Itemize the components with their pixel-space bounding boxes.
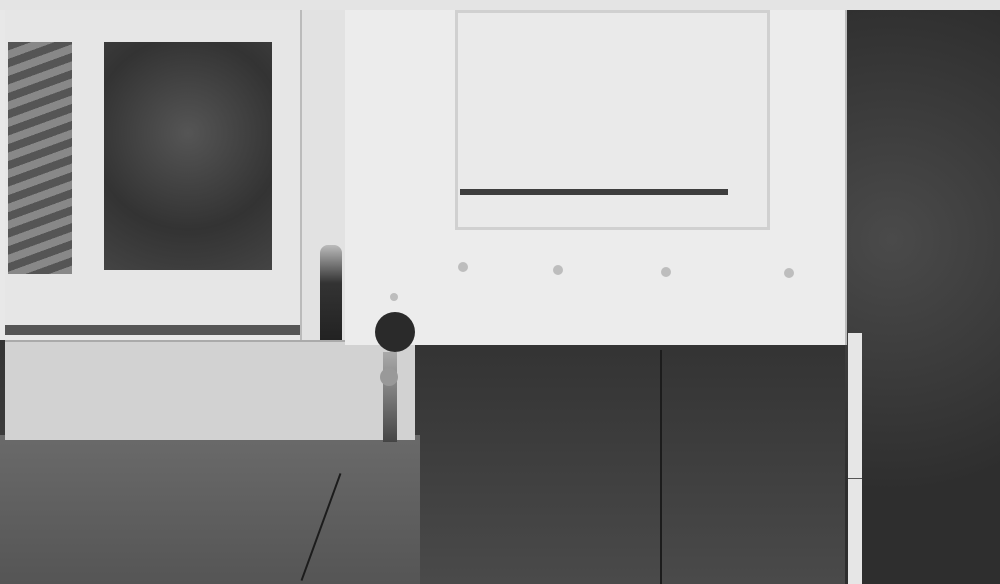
window-pane-left xyxy=(8,42,72,274)
sill-board xyxy=(5,340,415,440)
window-pane-right xyxy=(104,42,272,270)
latch-stem xyxy=(383,352,397,442)
stone-wall xyxy=(845,10,1000,584)
stone-block-left xyxy=(0,435,420,584)
peg xyxy=(661,267,671,277)
door-panel-shadow xyxy=(460,189,728,195)
peg xyxy=(458,262,468,272)
hinge xyxy=(320,245,342,340)
peg xyxy=(553,265,563,275)
window-sill-shadow xyxy=(5,325,305,335)
peg xyxy=(784,268,794,278)
latch xyxy=(375,312,415,352)
photograph xyxy=(0,0,1000,584)
stone-joint xyxy=(660,350,662,584)
latch-knob xyxy=(380,368,398,386)
peg xyxy=(390,293,398,301)
measuring-stick xyxy=(848,333,862,584)
measuring-stick-mark xyxy=(848,478,862,479)
door-panel xyxy=(455,10,770,230)
top-edge xyxy=(0,0,1000,10)
